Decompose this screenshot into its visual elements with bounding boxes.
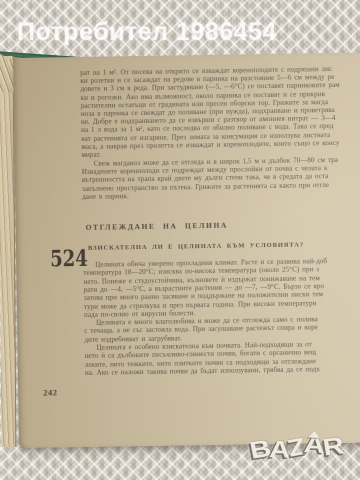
watermark-username: Потребител 1986454 <box>17 18 277 47</box>
paragraph-climate: Целината обича умерено прохладния климат… <box>83 257 328 319</box>
paragraph-moisture: Целината е много влаголюбива и може да с… <box>84 315 318 344</box>
bazar-logo: BAZAR <box>249 430 342 468</box>
book-page: рат на 1 м². От посева на открито се изв… <box>13 52 360 448</box>
entry-question-heading: ВЗИСКАТЕЛНА ЛИ Е ЦЕЛИНАТА КЪМ УСЛОВИЯТА? <box>88 241 304 251</box>
listing-photo: Потребител 1986454 рат на 1 м². От посев… <box>0 0 360 480</box>
paragraph-fresh-parsley: Свеж магданоз може да се отгледа и в шир… <box>82 156 339 201</box>
paragraph-continued-from-previous-page: рат на 1 м². От посева на открито се изв… <box>80 65 341 159</box>
paragraph-soil: Целината е особено взискателна към почва… <box>84 340 320 377</box>
entry-number: 524 <box>50 246 88 273</box>
page-number: 242 <box>43 387 57 397</box>
logo-letter: R <box>321 433 344 462</box>
section-heading: ОТГЛЕЖДАНЕ НА ЦЕЛИНА <box>86 221 228 232</box>
